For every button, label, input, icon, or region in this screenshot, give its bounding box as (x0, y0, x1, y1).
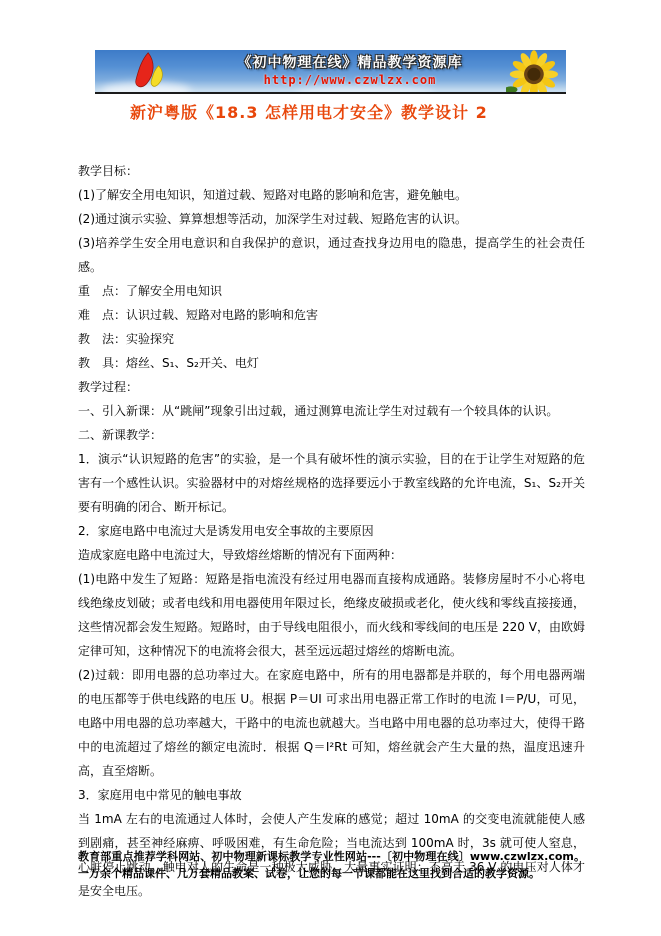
flame-logo-icon (127, 51, 171, 94)
para-new-lesson-heading: 二、新课教学： (78, 423, 585, 447)
site-banner: 《初中物理在线》精品教学资源库 http://www.czwlzx.com (95, 50, 566, 94)
document-body: 教学目标： (1)了解安全用电知识，知道过载、短路对电路的影响和危害，避免触电。… (78, 159, 585, 903)
document-page: 《初中物理在线》精品教学资源库 http://www.czwlzx.com (0, 0, 661, 936)
para-electric-shock-heading: 3．家庭用电中常见的触电事故 (78, 783, 585, 807)
site-footer: 教育部重点推荐学科网站、初中物理新课标教学专业性网站---〔初中物理在线〕www… (78, 848, 585, 882)
banner-site-url: http://www.czwlzx.com (205, 73, 495, 87)
banner-site-title: 《初中物理在线》精品教学资源库 (205, 52, 495, 72)
cloud-decoration (295, 86, 435, 94)
para-teaching-aids: 教 具：熔丝、S₁、S₂开关、电灯 (78, 351, 585, 375)
sunflower-icon (506, 50, 564, 94)
para-goal-1: (1)了解安全用电知识，知道过载、短路对电路的影响和危害，避免触电。 (78, 183, 585, 207)
para-key-point: 重 点：了解安全用电知识 (78, 279, 585, 303)
para-difficult-point: 难 点：认识过载、短路对电路的影响和危害 (78, 303, 585, 327)
para-intro-new-lesson: 一、引入新课：从“跳闸”现象引出过载，通过测算电流让学生对过载有一个较具体的认识… (78, 399, 585, 423)
para-goal-3: (3)培养学生安全用电意识和自我保护的意识，通过查找身边用电的隐患，提高学生的社… (78, 231, 585, 279)
para-teaching-goals-heading: 教学目标： (78, 159, 585, 183)
para-short-circuit-detail: (1)电路中发生了短路：短路是指电流没有经过用电器而直接构成通路。装修房屋时不小… (78, 567, 585, 663)
para-overload-detail: (2)过载：即用电器的总功率过大。在家庭电路中，所有的用电器都是并联的，每个用电… (78, 663, 585, 783)
para-demo-short-circuit: 1．演示“认识短路的危害”的实验，是一个具有破坏性的演示实验，目的在于让学生对短… (78, 447, 585, 519)
para-overcurrent-intro: 造成家庭电路中电流过大，导致熔丝熔断的情况有下面两种： (78, 543, 585, 567)
para-goal-2: (2)通过演示实验、算算想想等活动，加深学生对过载、短路危害的认识。 (78, 207, 585, 231)
banner-text-block: 《初中物理在线》精品教学资源库 http://www.czwlzx.com (205, 52, 495, 87)
para-overcurrent-heading: 2．家庭电路中电流过大是诱发用电安全事故的主要原因 (78, 519, 585, 543)
para-process-heading: 教学过程： (78, 375, 585, 399)
para-teaching-method: 教 法：实验探究 (78, 327, 585, 351)
page-title: 新沪粤版《18.3 怎样用电才安全》教学设计 2 (130, 100, 488, 123)
